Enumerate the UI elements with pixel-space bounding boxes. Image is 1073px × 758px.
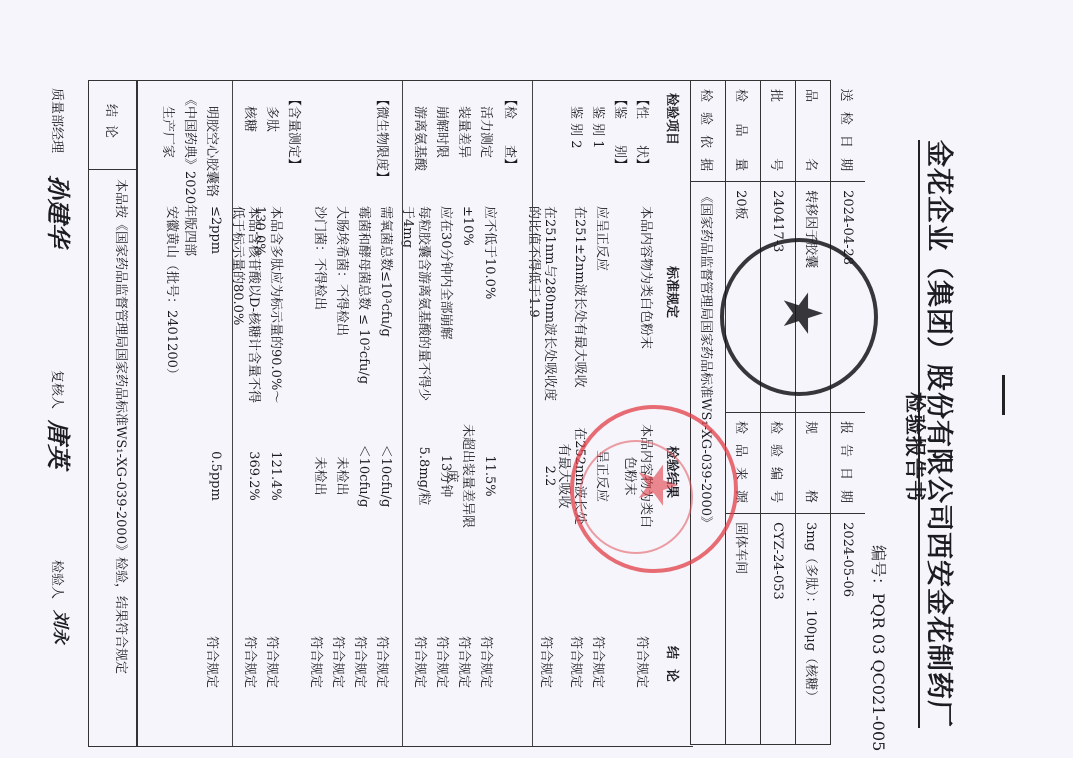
standard-cell: 在251nm与280nm波长处吸收度的比值不得低于1.9 [525,206,557,411]
conclusion-cell: 符合规定 [634,636,653,688]
conclusion-cell: 符合规定 [478,636,497,688]
inspection-report-page: 金花企业（集团）股份有限公司西安金花制药厂 检验报告书 编号：PQR 03 QC… [0,0,1073,758]
conclusion-cell: 符合规定 [456,636,475,688]
doc-no-value: PQR 03 QC021-005 [869,593,888,751]
result-cell: 未检出 [311,421,327,531]
standard-cell: 每粒胶囊含游离氨基酸的量不得少于4mg [399,206,431,411]
conclusion-cell: 符合规定 [308,636,327,688]
basis-label: 检验依据 [691,81,726,182]
result-cell: ＜10cfu/g [355,421,371,531]
results-section: 检验项目 标准规定 检验结果 结论 【性 状】本品内容物为类白色粉末本品内容物为… [136,80,693,747]
conclusion-cell: 符合规定 [538,636,557,688]
conclusion-cell: 符合规定 [434,636,453,688]
standard-cell: 应在30分钟内全部崩解 [437,206,453,411]
meta-row-basis: 检验依据 《国家药品监督管理局国家药品标准WS₁-XG-039-2000》 [691,81,726,745]
standard-cell: 大肠埃希菌：不得检出 [333,206,349,411]
document-number: 编号：PQR 03 QC021-005 [868,545,891,751]
inspector-signature: 刘永 [50,610,75,644]
standard-cell: 安徽黄山（批号：2401200） [163,206,179,411]
quality-seal-red-inner [579,440,693,554]
standard-cell: 在251±2nm波长处有最大吸收 [571,206,587,411]
standard-cell: ≤2ppm [207,206,223,411]
product-label: 品名 [796,81,831,182]
item-cell: 【性 状】 [634,93,653,171]
conclusion-cell: 符合规定 [374,636,393,688]
item-cell: 【鉴 别】 [612,93,631,171]
item-cell: 核糖 [242,93,261,132]
batch-label: 批号 [761,81,796,182]
result-cell: 5.8mg/粒 [415,421,431,531]
standard-cell: 霉菌和酵母菌总数 ≤ 10²cfu/g [355,206,371,411]
result-cell: 0.5ppm [207,421,223,531]
item-cell: 多肽 [264,93,283,132]
standard-cell: 本品含核苷酸以D-核糖计含量不得低于标示量的80.0% [229,206,261,411]
spec-label: 规格 [796,412,831,513]
report-title: 检验报告书 [901,392,931,502]
item-cell: 【含量测定】 [286,93,305,171]
result-cell: 未检出 [333,421,349,531]
meta-row-batch: 批号 240417-3 检验编号 CYZ-24-053 [761,81,796,745]
result-cell: 2.2 [541,421,557,531]
item-cell: 鉴 别 2 [568,93,587,149]
inspect-no-value: CYZ-24-053 [761,514,796,745]
header-standard: 标准规定 [664,266,683,318]
conclusion-cell: 符合规定 [352,636,371,688]
header-item: 检验项目 [664,93,683,145]
result-cell: 13分钟 [437,421,453,531]
result-cell: 369.2% [245,421,261,531]
item-cell: 生产厂家 [160,93,179,158]
item-cell: 【检 查】 [502,93,521,171]
item-cell: 《中国药典》2020年版四部 [182,93,201,256]
spec-value: 3mg（多肽）：100μg（核糖） [796,514,831,745]
item-cell: 崩解时限 [434,93,453,158]
conclusion-cell: 符合规定 [204,636,223,688]
inspection-seal-black: ★ [720,238,878,396]
conclusion-cell: 符合规定 [590,636,609,688]
conclusion-cell: 符合规定 [242,636,261,688]
qty-label: 检品量 [726,81,761,182]
star-icon: ★ [775,289,829,337]
standard-cell: 沙门菌：不得检出 [311,206,327,411]
item-cell: 【微生物限度】 [374,93,393,184]
header-conclusion: 结论 [664,646,683,692]
conclusion-cell: 符合规定 [330,636,349,688]
section-divider [402,81,403,746]
conclusion-text: 本品按《国家药品监督管理局国家药品标准WS₁-XG-039-2000》检验，结果… [112,179,129,739]
item-cell: 装量差异 [456,93,475,158]
report-date-label: 报告日期 [831,412,866,513]
source-value: 固体车间 [726,514,761,745]
inspect-no-label: 检验编号 [761,412,796,513]
standard-cell: ±10% [459,206,475,411]
meta-table: 送检日期 2024-04-28 报告日期 2024-05-06 品名 转移因子胶… [690,80,865,745]
section-divider [532,81,533,746]
meta-row-dates: 送检日期 2024-04-28 报告日期 2024-05-06 [831,81,866,745]
standard-cell: 需氧菌总数≤10³cfu/g [377,206,393,411]
result-cell: 11.5% [481,421,497,531]
reviewer-label: 复核人 [49,370,68,409]
conclusion-cell: 符合规定 [568,636,587,688]
meta-row-product: 品名 转移因子胶囊 规格 3mg（多肽）：100μg（核糖） [796,81,831,745]
report-date-value: 2024-05-06 [831,514,866,745]
standard-cell: 应不低于10.0% [481,206,497,411]
top-rule [1002,375,1005,415]
reviewer-signature: 唐英 [43,420,78,468]
item-cell: 明胶空心胶囊铬 [204,93,223,197]
qa-manager-label: 质量部经理 [49,88,68,153]
standard-cell: 本品内容物为类白色粉末 [637,206,653,411]
standard-cell: 应呈正反应 [593,206,609,411]
item-cell: 活力测定 [478,93,497,158]
result-cell: ＜10cfu/g [377,421,393,531]
item-cell: 鉴 别 1 [590,93,609,149]
result-cell: 121.4% [267,421,283,531]
item-cell: 游离氨基酸 [412,93,431,171]
conclusion-cell: 符合规定 [264,636,283,688]
conclusion-cell: 符合规定 [412,636,431,688]
conclusion-label: 结论 [89,81,137,170]
submit-date-label: 送检日期 [831,81,866,182]
section-divider [232,81,233,746]
conclusion-box: 结论 本品按《国家药品监督管理局国家药品标准WS₁-XG-039-2000》检验… [88,80,138,747]
doc-no-label: 编号： [869,545,888,593]
meta-row-qty: 检品量 20板 检品来源 固体车间 [726,81,761,745]
inspector-label: 检验人 [49,560,68,599]
qa-manager-signature: 孙建华 [43,175,78,247]
